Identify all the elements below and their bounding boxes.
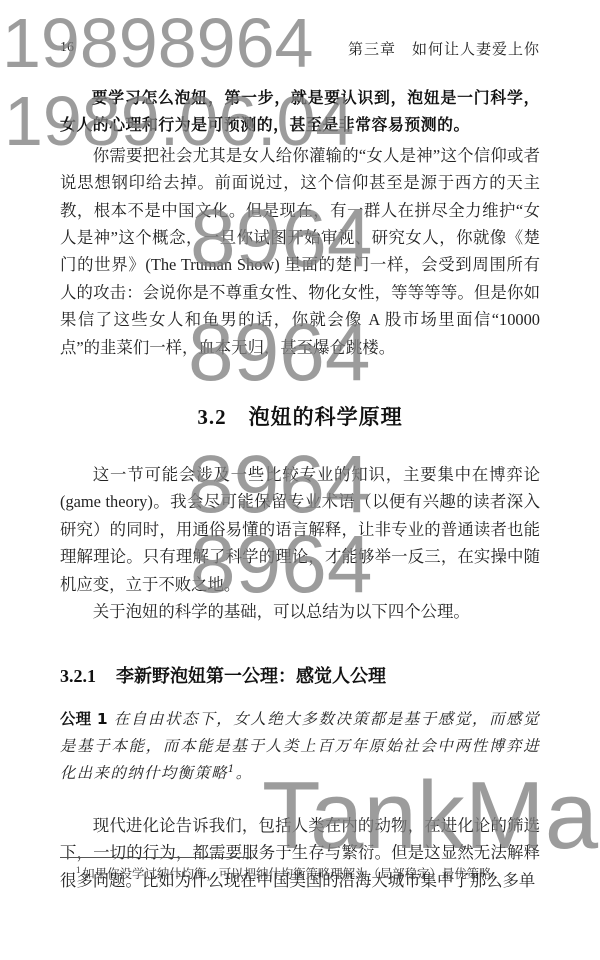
footnote-divider	[60, 857, 252, 858]
subsection-heading: 3.2.1李新野泡妞第一公理：感觉人公理	[60, 662, 540, 688]
intro-paragraph: 你需要把社会尤其是女人给你灌输的“女人是神”这个信仰或者说思想钢印给去掉。前面说…	[60, 142, 540, 361]
section-number: 3.2	[197, 405, 226, 429]
footnote-mark: 1	[76, 865, 81, 875]
running-head: 第三章 如何让人妻爱上你	[348, 38, 540, 59]
section-title-text: 泡妞的科学原理	[249, 405, 403, 429]
page-header: 16 第三章 如何让人妻爱上你	[60, 38, 540, 60]
axiom-end: 。	[236, 764, 253, 782]
section-paragraph: 这一节可能会涉及一些比较专业的知识，主要集中在博弈论(game theory)。…	[60, 461, 540, 598]
footnote-reference[interactable]: 1	[228, 764, 236, 775]
document-page: 16 第三章 如何让人妻爱上你 要学习怎么泡妞，第一步，就是要认识到，泡妞是一门…	[0, 0, 600, 960]
footnote: 1如果你没学过纳什均衡，可以把纳什均衡策略理解为（局部稳定）最优策略。	[76, 864, 556, 882]
main-content: 要学习怎么泡妞，第一步，就是要认识到，泡妞是一门科学，女人的心理和行为是可预测的…	[60, 84, 540, 894]
footnote-text: 如果你没学过纳什均衡，可以把纳什均衡策略理解为（局部稳定）最优策略。	[83, 867, 504, 881]
section-heading: 3.2泡妞的科学原理	[60, 401, 540, 431]
axiom-statement: 公理 1在自由状态下，女人绝大多数决策都是基于感觉，而感觉是基于本能，而本能是基…	[60, 706, 540, 788]
axiom-text: 在自由状态下，女人绝大多数决策都是基于感觉，而感觉是基于本能，而本能是基于人类上…	[60, 710, 540, 783]
axioms-intro-paragraph: 关于泡妞的科学的基础，可以总结为以下四个公理。	[60, 598, 540, 625]
text-layer: 16 第三章 如何让人妻爱上你 要学习怎么泡妞，第一步，就是要认识到，泡妞是一门…	[0, 0, 600, 960]
subsection-number: 3.2.1	[60, 666, 96, 686]
intro-paragraph-bold: 要学习怎么泡妞，第一步，就是要认识到，泡妞是一门科学，女人的心理和行为是可预测的…	[60, 84, 540, 139]
axiom-label: 公理 1	[60, 710, 108, 728]
page-number: 16	[60, 40, 74, 56]
subsection-title-text: 李新野泡妞第一公理：感觉人公理	[116, 666, 386, 687]
